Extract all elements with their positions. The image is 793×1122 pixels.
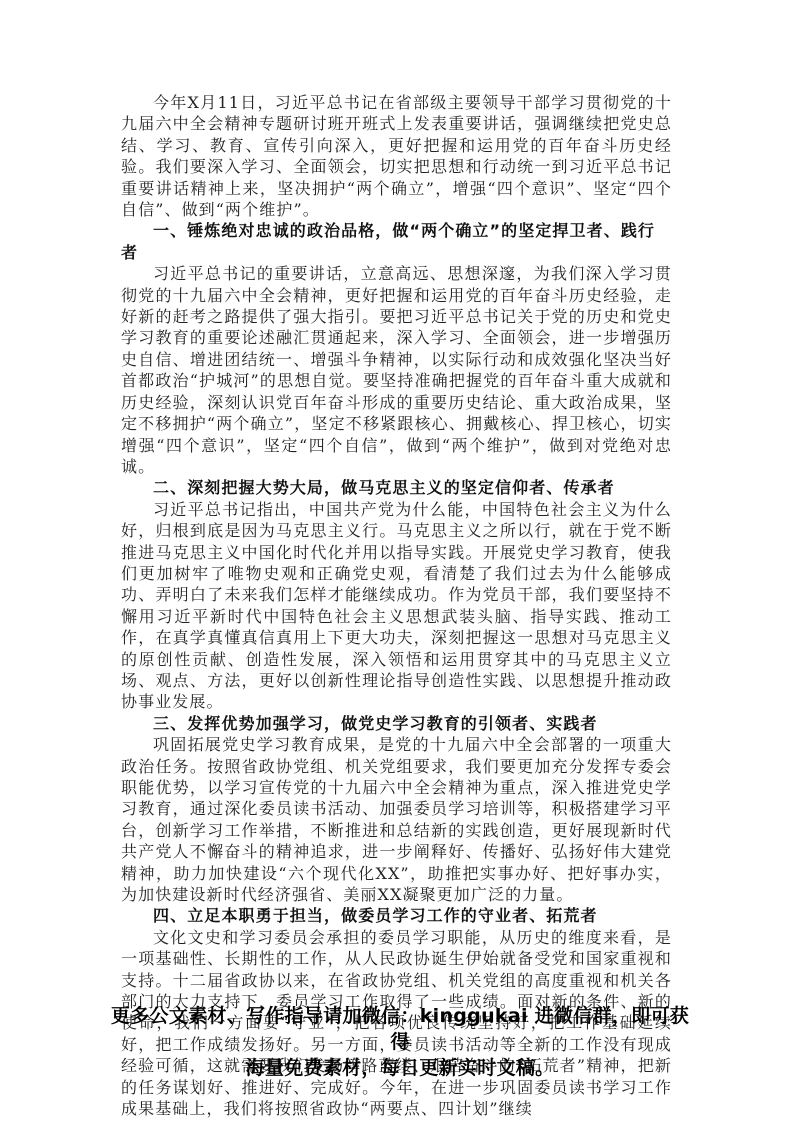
promo-footer: 更多公文素材、写作指导请加微信：kinggukai 进微信群，即可获得 海量免费… [110,1003,690,1081]
section-heading-4: 四、立足本职勇于担当，做委员学习工作的守业者、拓荒者 [121,905,672,926]
section-heading-3: 三、发挥优势加强学习，做党史学习教育的引领者、实践者 [121,713,672,734]
intro-paragraph: 今年X月11日，习近平总书记在省部级主要领导干部学习贯彻党的十九届六中全会精神专… [121,92,672,220]
document-page: 今年X月11日，习近平总书记在省部级主要领导干部学习贯彻党的十九届六中全会精神专… [121,92,672,1120]
section-body-2: 习近平总书记指出，中国共产党为什么能，中国特色社会主义为什么好，归根到底是因为马… [121,499,672,713]
section-body-1: 习近平总书记的重要讲话，立意高远、思想深邃，为我们深入学习贯彻党的十九届六中全会… [121,263,672,477]
promo-line-1: 更多公文素材、写作指导请加微信：kinggukai 进微信群，即可获得 [110,1003,690,1055]
section-body-3: 巩固拓展党史学习教育成果，是党的十九届六中全会部署的一项重大政治任务。按照省政协… [121,734,672,905]
promo-line-2: 海量免费素材，每日更新实时文稿。 [110,1055,690,1081]
section-heading-1: 一、锤炼绝对忠诚的政治品格，做“两个确立”的坚定捍卫者、践行者 [121,220,672,263]
section-heading-2: 二、深刻把握大势大局，做马克思主义的坚定信仰者、传承者 [121,477,672,498]
